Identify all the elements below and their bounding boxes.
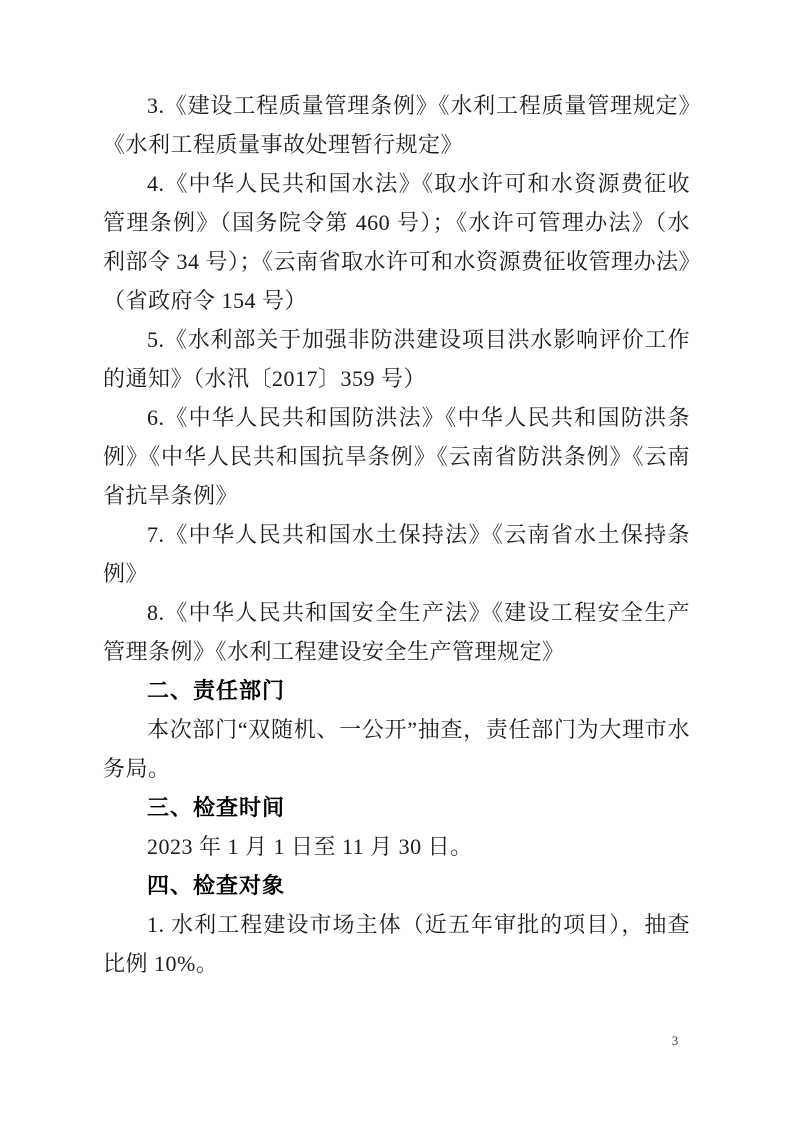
section-heading-duty: 二、责任部门 [103, 671, 690, 710]
document-page: 3.《建设工程质量管理条例》《水利工程质量管理规定》《水利工程质量事故处理暂行规… [0, 0, 793, 1122]
legal-item-5: 5.《水利部关于加强非防洪建设项目洪水影响评价工作的通知》（水汛〔2017〕35… [103, 320, 690, 398]
legal-item-6: 6.《中华人民共和国防洪法》《中华人民共和国防洪条例》《中华人民共和国抗旱条例》… [103, 398, 690, 515]
document-body: 3.《建设工程质量管理条例》《水利工程质量管理规定》《水利工程质量事故处理暂行规… [103, 86, 690, 983]
legal-item-3: 3.《建设工程质量管理条例》《水利工程质量管理规定》《水利工程质量事故处理暂行规… [103, 86, 690, 164]
duty-department-text: 本次部门“双随机、一公开”抽查，责任部门为大理市水务局。 [103, 710, 690, 788]
inspection-target-text: 1. 水利工程建设市场主体（近五年审批的项目），抽查比例 10%。 [103, 905, 690, 983]
legal-item-4: 4.《中华人民共和国水法》《取水许可和水资源费征收管理条例》（国务院令第 460… [103, 164, 690, 320]
legal-item-7: 7.《中华人民共和国水土保持法》《云南省水土保持条例》 [103, 515, 690, 593]
page-number: 3 [660, 1032, 690, 1050]
inspection-time-text: 2023 年 1 月 1 日至 11 月 30 日。 [103, 827, 690, 866]
section-heading-target: 四、检查对象 [103, 866, 690, 905]
section-heading-time: 三、检查时间 [103, 788, 690, 827]
legal-item-8: 8.《中华人民共和国安全生产法》《建设工程安全生产管理条例》《水利工程建设安全生… [103, 593, 690, 671]
